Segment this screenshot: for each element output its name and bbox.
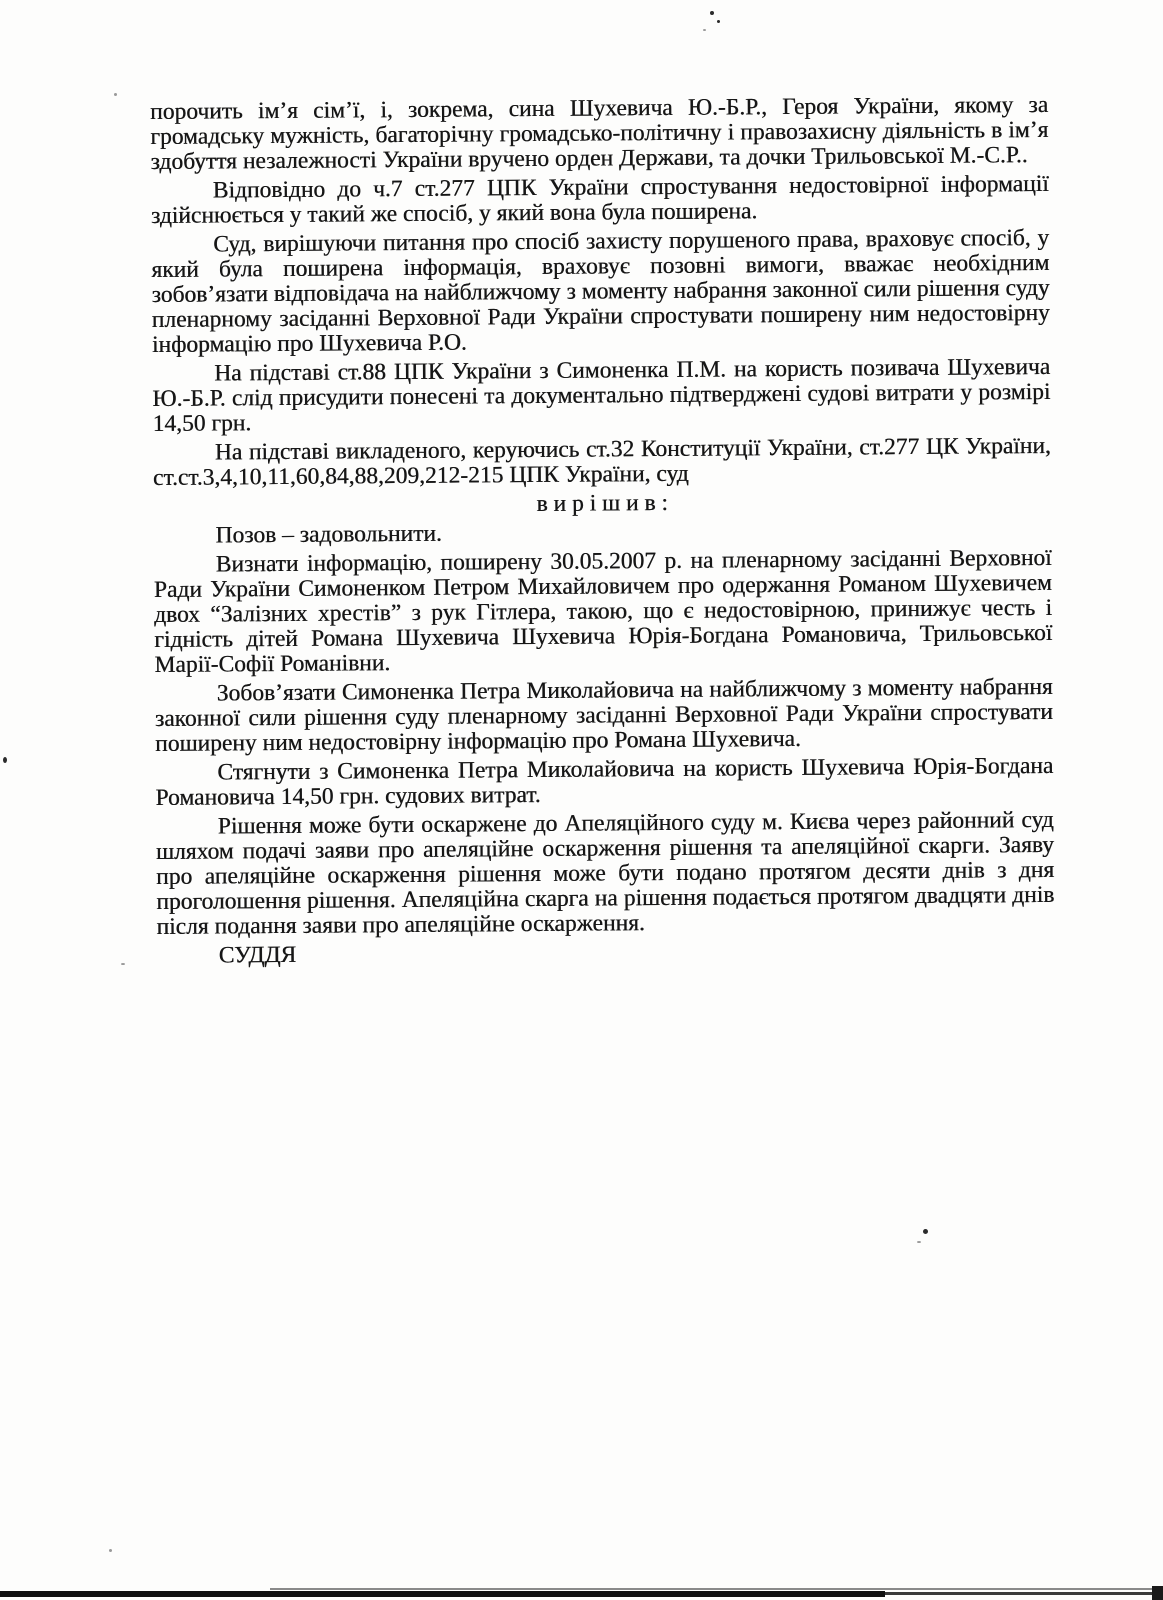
paragraph-sud-vyrishuyuchy: Суд, вирішуючи питання про спосіб захист…: [151, 226, 1050, 358]
paragraph-continuation: порочить ім’я сім’ї, і, зокрема, сина Шу…: [150, 93, 1049, 175]
paragraph-rishennya-oskarzhennya: Рішення може бути оскаржене до Апеляційн…: [156, 808, 1055, 940]
scan-speck: [109, 1549, 112, 1552]
paragraph-na-pidstavi-vykladenoho: На підставі викладеного, керуючись ст.32…: [153, 434, 1051, 491]
paragraph-zobovyazaty: Зобов’язати Симоненка Петра Миколайовича…: [155, 675, 1054, 757]
scan-speck: [923, 1229, 928, 1234]
scan-edge-line: [270, 1588, 1163, 1590]
verdict-heading: в и р і ш и в :: [153, 488, 1051, 520]
paragraph-pozov-zadovolnyty: Позов – задовольнити.: [153, 517, 1051, 549]
scan-speck: [3, 757, 7, 763]
paragraph-styahnuty: Стягнути з Симоненка Петра Миколайовича …: [155, 754, 1053, 811]
scan-edge-bar-thin: [885, 1592, 1163, 1595]
scan-corner-block: [1152, 1586, 1163, 1600]
document-text-block: порочить ім’я сім’ї, і, зокрема, сина Шу…: [150, 93, 1055, 973]
scan-speck: [917, 1241, 921, 1243]
scan-speck: [703, 29, 706, 31]
paragraph-na-pidstavi-st88: На підставі ст.88 ЦПК України з Симоненк…: [152, 355, 1051, 437]
scan-speck: [114, 93, 117, 96]
judge-signature-line: СУДДЯ: [157, 937, 1055, 969]
scan-speck: [121, 963, 125, 965]
paragraph-vidpovidno: Відповідно до ч.7 ст.277 ЦПК України спр…: [151, 172, 1049, 229]
scanned-page: порочить ім’я сім’ї, і, зокрема, сина Шу…: [0, 0, 1163, 1600]
paragraph-vyznaty-informatsiyu: Визнати інформацію, поширену 30.05.2007 …: [154, 546, 1053, 678]
scan-speck: [710, 11, 714, 15]
scan-edge-bar: [0, 1591, 885, 1597]
scan-speck: [717, 20, 720, 23]
